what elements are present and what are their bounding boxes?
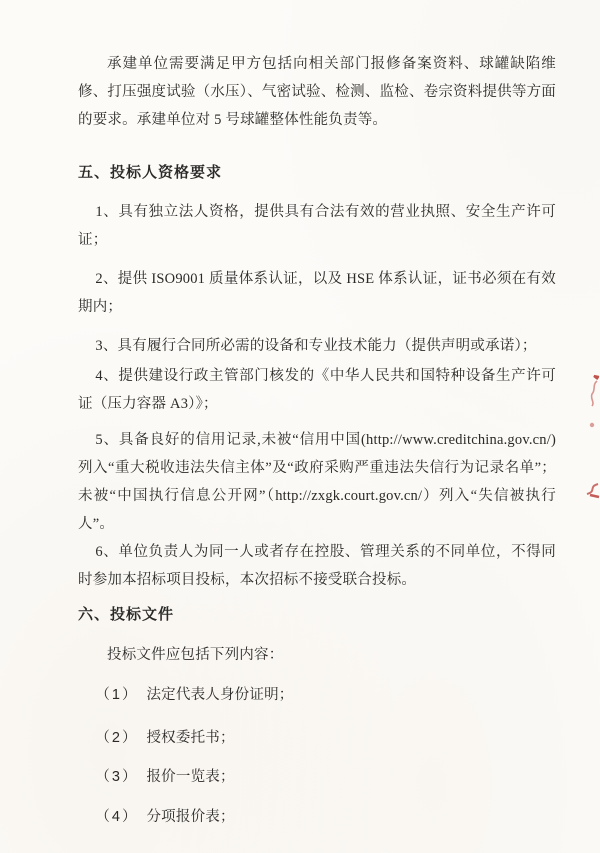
qualification-item-1: 1、具有独立法人资格，提供具有合法有效的营业执照、安全生产许可证； <box>78 198 556 254</box>
red-pen-mark-lower <box>584 482 600 500</box>
item-number-label: （1） <box>95 687 138 703</box>
item-number-label: （3） <box>95 769 138 785</box>
intro-paragraph: 承建单位需要满足甲方包括向相关部门报修备案资料、球罐缺陷维修、打压强度试验（水压… <box>78 50 556 134</box>
item-number-label: （4） <box>95 809 138 825</box>
qualification-item-2: 2、提供 ISO9001 质量体系认证，以及 HSE 体系认证，证书必须在有效期… <box>78 265 556 321</box>
item-text: 授权委托书； <box>146 730 234 746</box>
tender-documents-lead: 投标文件应包括下列内容： <box>78 641 556 669</box>
section-5-heading: 五、投标人资格要求 <box>78 159 556 187</box>
tender-document-item-4: （4）分项报价表； <box>78 803 556 831</box>
qualification-item-4: 4、提供建设行政主管部门核发的《中华人民共和国特种设备生产许可证（压力容器 A3… <box>78 362 556 418</box>
qualification-item-6: 6、单位负责人为同一人或者存在控股、管理关系的不同单位，不得同时参加本招标项目投… <box>78 538 556 594</box>
section-6-heading: 六、投标文件 <box>78 601 556 629</box>
item-text: 法定代表人身份证明； <box>146 687 293 703</box>
red-pen-dot <box>588 421 598 431</box>
qualification-item-5: 5、具备良好的信用记录,未被“信用中国(http://www.creditchi… <box>78 426 556 538</box>
item-number-label: （2） <box>95 730 138 746</box>
scanned-document-page: 承建单位需要满足甲方包括向相关部门报修备案资料、球罐缺陷维修、打压强度试验（水压… <box>0 0 600 853</box>
qualification-item-3: 3、具有履行合同所必需的设备和专业技术能力（提供声明或承诺）； <box>78 332 556 360</box>
tender-document-item-2: （2）授权委托书； <box>78 724 556 752</box>
tender-document-item-1: （1）法定代表人身份证明； <box>78 681 556 709</box>
item-text: 分项报价表； <box>146 809 234 825</box>
item-text: 报价一览表； <box>146 769 234 785</box>
document-body: 承建单位需要满足甲方包括向相关部门报修备案资料、球罐缺陷维修、打压强度试验（水压… <box>78 50 556 831</box>
tender-document-item-3: （3）报价一览表； <box>78 763 556 791</box>
red-pen-mark-upper <box>586 374 600 408</box>
